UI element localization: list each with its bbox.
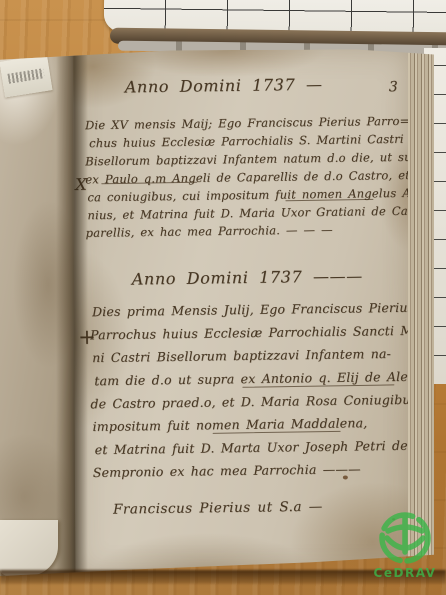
- signature-line: Franciscus Pierius ut S.a —: [113, 499, 323, 518]
- manuscript-line: de Castro praed.o, et D. Maria Rosa Coni…: [90, 391, 443, 411]
- manuscript-line: Sempronio ex hac mea Parrochia ———: [93, 461, 361, 480]
- cedrav-watermark: CeDRAV: [366, 508, 444, 594]
- watermark-label: CeDRAV: [366, 566, 444, 580]
- photo-of-manuscript: Anno Domini 1737 — 3 Die XV mensis Maij;…: [0, 0, 446, 595]
- page-number: 3: [389, 79, 398, 95]
- spine-label: [0, 54, 53, 97]
- manuscript-line: nius, et Matrina fuit D. Maria Uxor Grat…: [87, 204, 417, 223]
- foxing-specks: [343, 475, 348, 479]
- manuscript-book: Anno Domini 1737 — 3 Die XV mensis Maij;…: [0, 46, 434, 576]
- manuscript-line: chus huius Ecclesiæ Parrochialis S. Mart…: [89, 132, 404, 150]
- gutter-shadow: [56, 46, 88, 576]
- manuscript-line: Dies prima Mensis Julij, Ego Franciscus …: [92, 300, 414, 319]
- manuscript-line: parellis, ex hac mea Parrochia. — — —: [85, 222, 332, 239]
- manuscript-line: et Matrina fuit D. Marta Uxor Joseph Pet…: [95, 438, 408, 457]
- entry-heading: Anno Domini 1737 —: [125, 75, 323, 97]
- page-block-fore-edge: [408, 52, 434, 569]
- manuscript-line: ni Castri Bisellorum baptizzavi Infantem…: [92, 346, 391, 365]
- manuscript-line: ca coniugibus, cui impositum fuit nomen …: [87, 186, 430, 205]
- manuscript-line: Bisellorum baptizzavi Infantem natum d.o…: [85, 149, 436, 168]
- cedrav-logo-icon: [366, 508, 444, 568]
- entry-heading: Anno Domini 1737 ———: [132, 266, 363, 288]
- manuscript-line: Die XV mensis Maij; Ego Franciscus Pieri…: [85, 114, 410, 133]
- manuscript-line: Parrochus huius Ecclesiæ Parrochialis Sa…: [90, 322, 446, 342]
- manuscript-page: Anno Domini 1737 — 3 Die XV mensis Maij;…: [73, 49, 414, 575]
